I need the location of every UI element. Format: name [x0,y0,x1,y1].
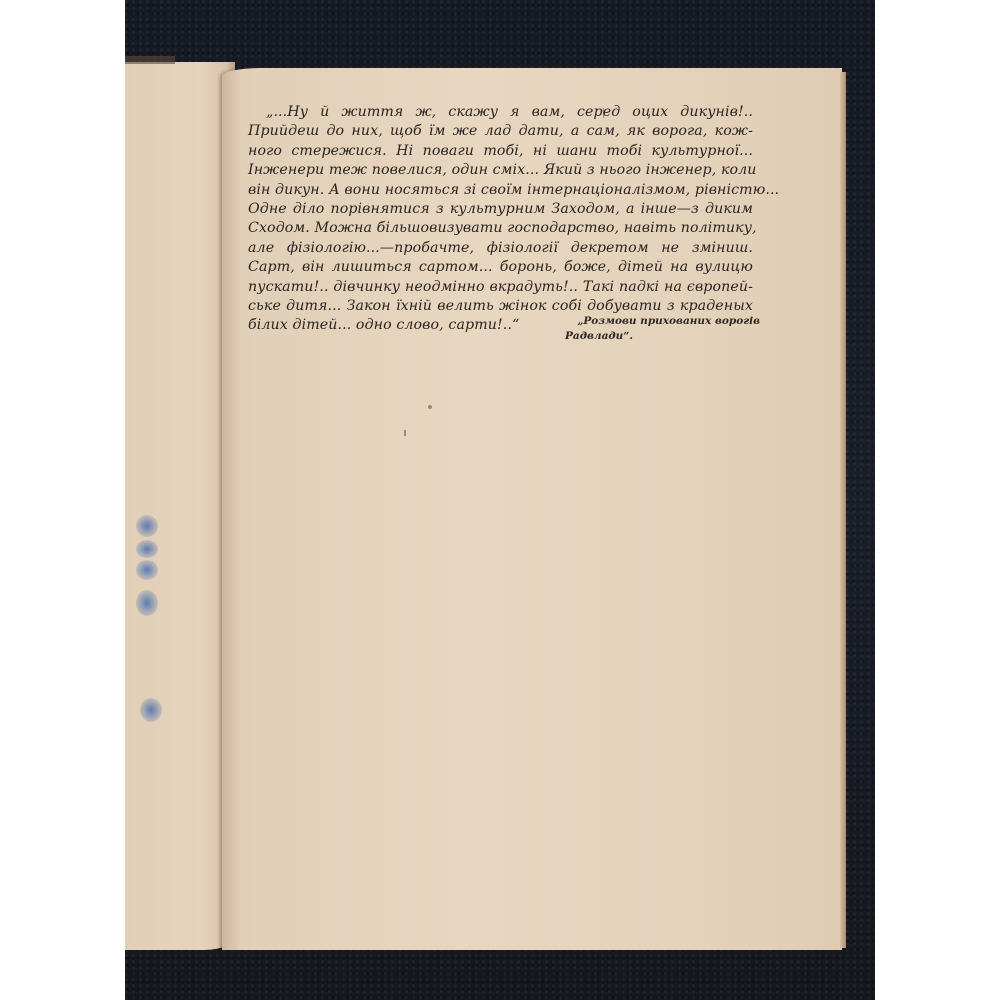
ink-stamp-mark [136,540,158,558]
quote-line: ного стережися. Ні поваги тобі, ні шани … [248,142,753,161]
paper-speck [428,405,432,409]
ink-stamp-mark [136,590,158,616]
ink-stamp-mark [136,560,158,580]
quote-line: він дикун. А вони носяться зі своїм інте… [248,181,753,200]
paper-speck [404,430,406,436]
quote-line: Одне діло порівнятися з культурним Заход… [248,200,753,219]
quote-line: „...Ну й життя ж, скажу я вам, серед оци… [248,103,753,122]
quote-line: пускати!.. дівчинку неодмінно вкрадуть!.… [248,278,753,297]
quote-line: Прийдеш до них, щоб їм же лад дати, а са… [248,122,753,141]
quote-line: але фізіологію...—пробачте, фізіології д… [248,239,753,258]
attribution-line: „Розмови прихованих ворогів [560,314,760,329]
ink-stamp-mark [136,515,158,537]
quote-text: „...Ну й життя ж, скажу я вам, серед оци… [248,103,753,336]
attribution-line: Радвлади“. [560,329,760,344]
left-page [125,62,235,950]
quote-line: Сарт, він лишиться сартом... боронь, бож… [248,258,753,277]
page-edge [840,72,846,948]
quote-line: Сходом. Можна більшовизувати господарств… [248,219,753,238]
quote-attribution: „Розмови прихованих ворогів Радвлади“. [560,314,760,344]
ink-stamp-mark [140,698,162,722]
quote-line: Інженери теж повелися, один сміх... Який… [248,161,753,180]
